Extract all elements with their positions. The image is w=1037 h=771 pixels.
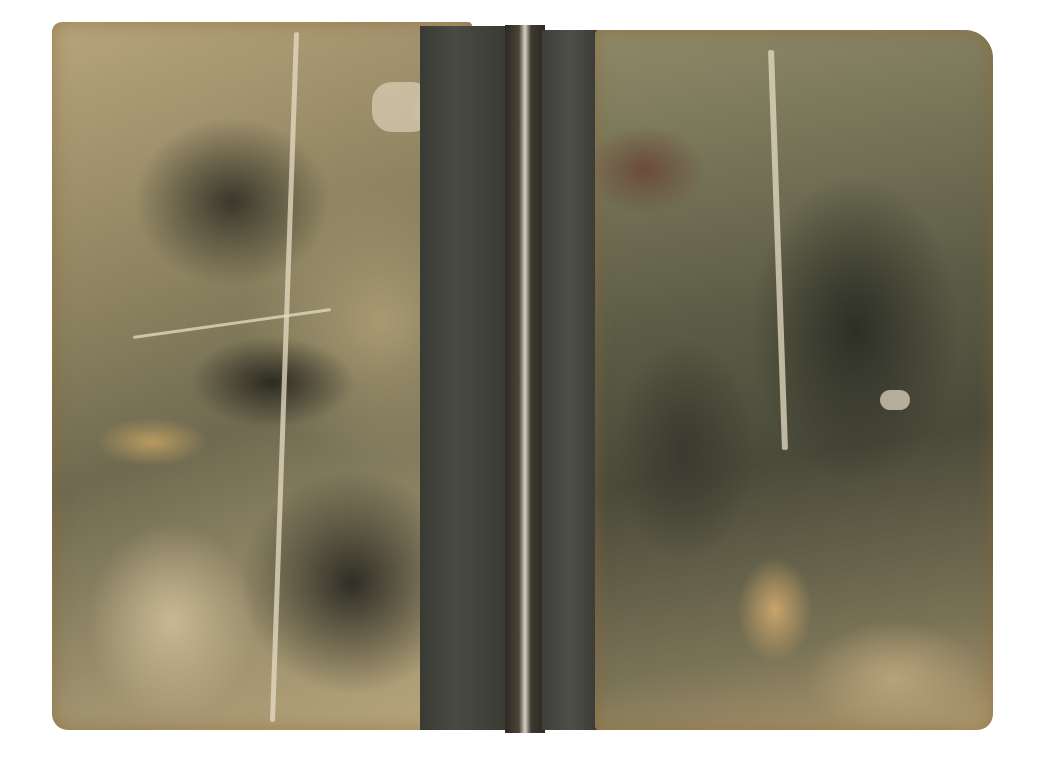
crack (768, 50, 788, 450)
crack (270, 32, 299, 722)
left-spine-cloth-band (420, 26, 506, 730)
book-spine (505, 25, 545, 733)
crack (133, 308, 331, 339)
book-cover-photo (0, 0, 1037, 771)
crack (880, 390, 910, 410)
right-spine-cloth-band (542, 30, 598, 730)
right-cover-board (595, 30, 993, 730)
left-cover-board (52, 22, 472, 730)
